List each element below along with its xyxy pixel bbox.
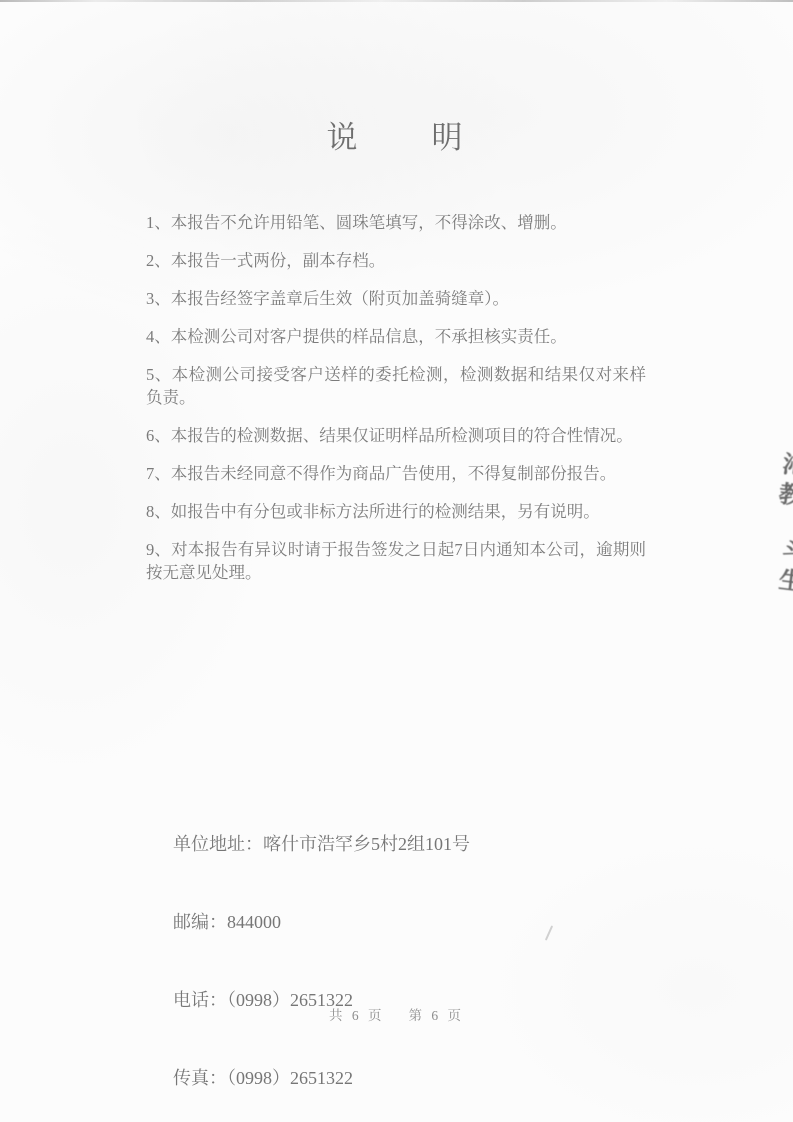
note-item: 6、本报告的检测数据、结果仅证明样品所检测项目的符合性情况。: [146, 424, 646, 447]
note-item: 8、如报告中有分包或非标方法所进行的检测结果，另有说明。: [146, 500, 646, 523]
contact-line-fax: 传真：（0998）2651322: [146, 1048, 470, 1108]
notes-list: 1、本报告不允许用铅笔、圆珠笔填写，不得涂改、增删。 2、本报告一式两份，副本存…: [146, 211, 646, 599]
contact-label: 邮编：: [173, 912, 227, 932]
note-item: 4、本检测公司对客户提供的样品信息，不承担核实责任。: [146, 325, 646, 348]
footer-total-pages: 共 6 页: [329, 1004, 385, 1024]
scan-scratch-artifact: [545, 925, 553, 940]
contact-value: 喀什市浩罕乡5村2组101号: [263, 834, 470, 854]
page-title: 说 明: [0, 112, 793, 157]
footer-current-page: 第 6 页: [409, 1004, 465, 1024]
scan-edge-artifact: [0, 0, 793, 2]
contact-value: （0998）2651322: [227, 1068, 353, 1088]
contact-line-address: 单位地址：喀什市浩罕乡5村2组101号: [146, 814, 470, 874]
contact-value: 844000: [227, 912, 281, 932]
note-item: 2、本报告一式两份，副本存档。: [146, 249, 646, 272]
note-item: 7、本报告未经同意不得作为商品广告使用，不得复制部份报告。: [146, 462, 646, 485]
contact-line-postcode: 邮编：844000: [146, 892, 470, 952]
edge-stamp-ink-fragment: 斗生: [773, 536, 793, 599]
note-item: 5、本检测公司接受客户送样的委托检测，检测数据和结果仅对来样负责。: [146, 363, 646, 409]
note-item: 9、对本报告有异议时请于报告签发之日起7日内通知本公司，逾期则按无意见处理。: [146, 538, 646, 584]
edge-stamp: 沁教 斗生: [777, 452, 793, 598]
contact-label: 单位地址：: [173, 834, 263, 854]
edge-stamp-ink-fragment: 沁教: [773, 450, 793, 513]
page-footer: 共 6 页 第 6 页: [0, 1004, 793, 1024]
note-item: 3、本报告经签字盖章后生效（附页加盖骑缝章）。: [146, 287, 646, 310]
contact-block: 单位地址：喀什市浩罕乡5村2组101号 邮编：844000 电话：（0998）2…: [146, 814, 470, 1122]
contact-label: 传真：: [173, 1068, 227, 1088]
note-item: 1、本报告不允许用铅笔、圆珠笔填写，不得涂改、增删。: [146, 211, 646, 234]
scanned-document-page: 说 明 1、本报告不允许用铅笔、圆珠笔填写，不得涂改、增删。 2、本报告一式两份…: [0, 0, 793, 1122]
